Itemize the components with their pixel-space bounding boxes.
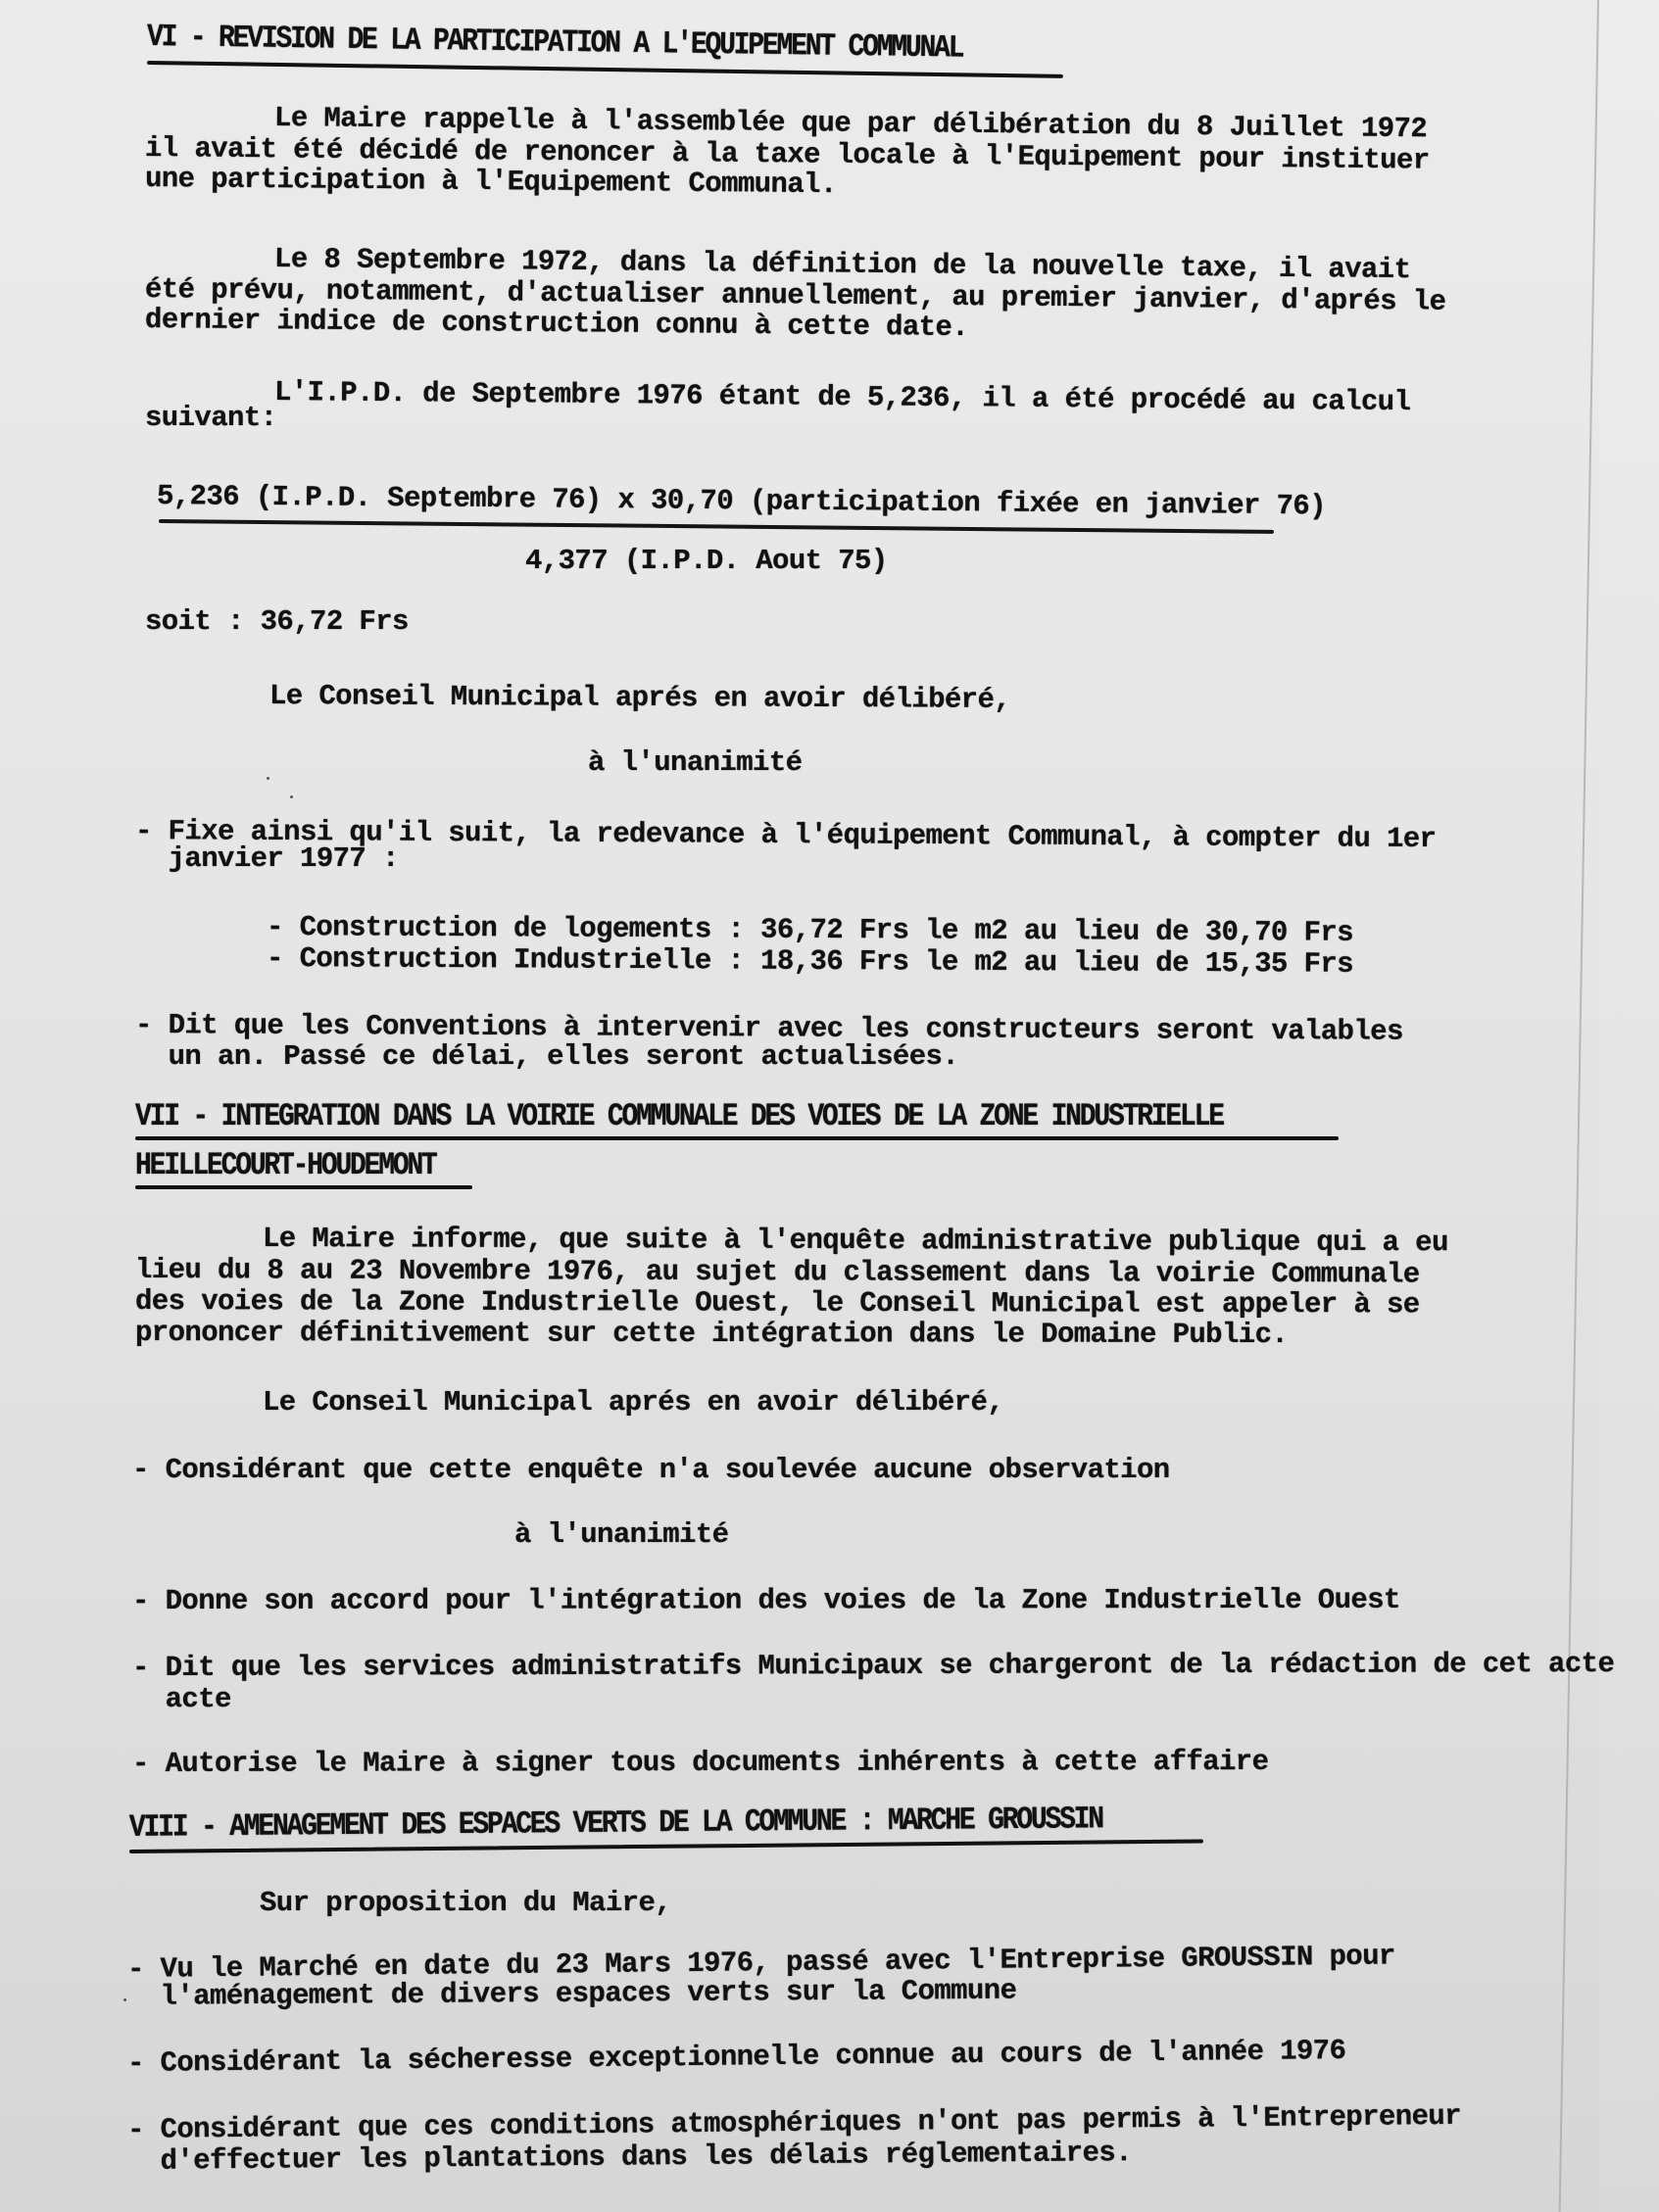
- section-vi-para3-line2: suivant:: [145, 402, 276, 435]
- rate-industrial: - Construction Industrielle : 18,36 Frs …: [267, 942, 1353, 982]
- section-vi-heading: VI - REVISION DE LA PARTICIPATION A L'EQ…: [147, 19, 963, 69]
- calculation-result: soit : 36,72 Frs: [145, 605, 409, 639]
- section-vi-unanimity: à l'unanimité: [588, 746, 802, 780]
- page-fold-line: [1559, 0, 1599, 2212]
- section-vii-considering: - Considérant que cette enquête n'a soul…: [132, 1454, 1170, 1487]
- section-viii-intro: Sur proposition du Maire,: [260, 1887, 671, 1920]
- section-viii-item-drought: - Considérant la sécheresse exceptionnel…: [127, 2035, 1346, 2081]
- page-margin-right: [1599, 0, 1659, 2212]
- ink-speck: [123, 1998, 126, 2001]
- section-vii-council-intro: Le Conseil Municipal aprés en avoir déli…: [263, 1386, 1003, 1419]
- ink-speck: [267, 777, 269, 780]
- section-vii-para1-line4: prononcer définitivement sur cette intég…: [135, 1317, 1288, 1352]
- section-vii-heading-underline1: [135, 1136, 1339, 1140]
- section-vii-heading-line2: HEILLECOURT-HOUDEMONT: [135, 1147, 436, 1185]
- calculation-numerator: 5,236 (I.P.D. Septembre 76) x 30,70 (par…: [157, 480, 1326, 523]
- calculation-denominator: 4,377 (I.P.D. Aout 75): [525, 545, 888, 578]
- section-vii-heading-line1: VII - INTEGRATION DANS LA VOIRIE COMMUNA…: [135, 1098, 1223, 1136]
- section-vi-para3-line1: L'I.P.D. de Septembre 1976 étant de 5,23…: [274, 376, 1411, 419]
- ink-speck: [290, 795, 293, 798]
- section-vi-para1-line3: une participation à l'Equipement Communa…: [145, 163, 837, 202]
- section-vii-decision-authorize: - Autorise le Maire à signer tous docume…: [132, 1746, 1268, 1781]
- section-vii-decision-accord: - Donne son accord pour l'intégration de…: [132, 1584, 1400, 1618]
- section-vi-council-intro: Le Conseil Municipal aprés en avoir déli…: [269, 680, 1010, 717]
- section-vii-decision-services-line2: acte: [132, 1683, 231, 1716]
- section-vi-para2-line3: dernier indice de construction connu à c…: [145, 304, 968, 345]
- section-vi-decision1-line2: janvier 1977 :: [135, 842, 399, 876]
- section-vii-decision-services-line1: - Dit que les services administratifs Mu…: [132, 1648, 1614, 1685]
- section-vii-unanimity: à l'unanimité: [514, 1518, 728, 1552]
- section-viii-item-market-line2: l'aménagement de divers espaces verts su…: [127, 1975, 1017, 2014]
- section-vi-decision2-line2: un an. Passé ce délai, elles seront actu…: [135, 1040, 958, 1074]
- section-vii-heading-underline2: [135, 1185, 472, 1189]
